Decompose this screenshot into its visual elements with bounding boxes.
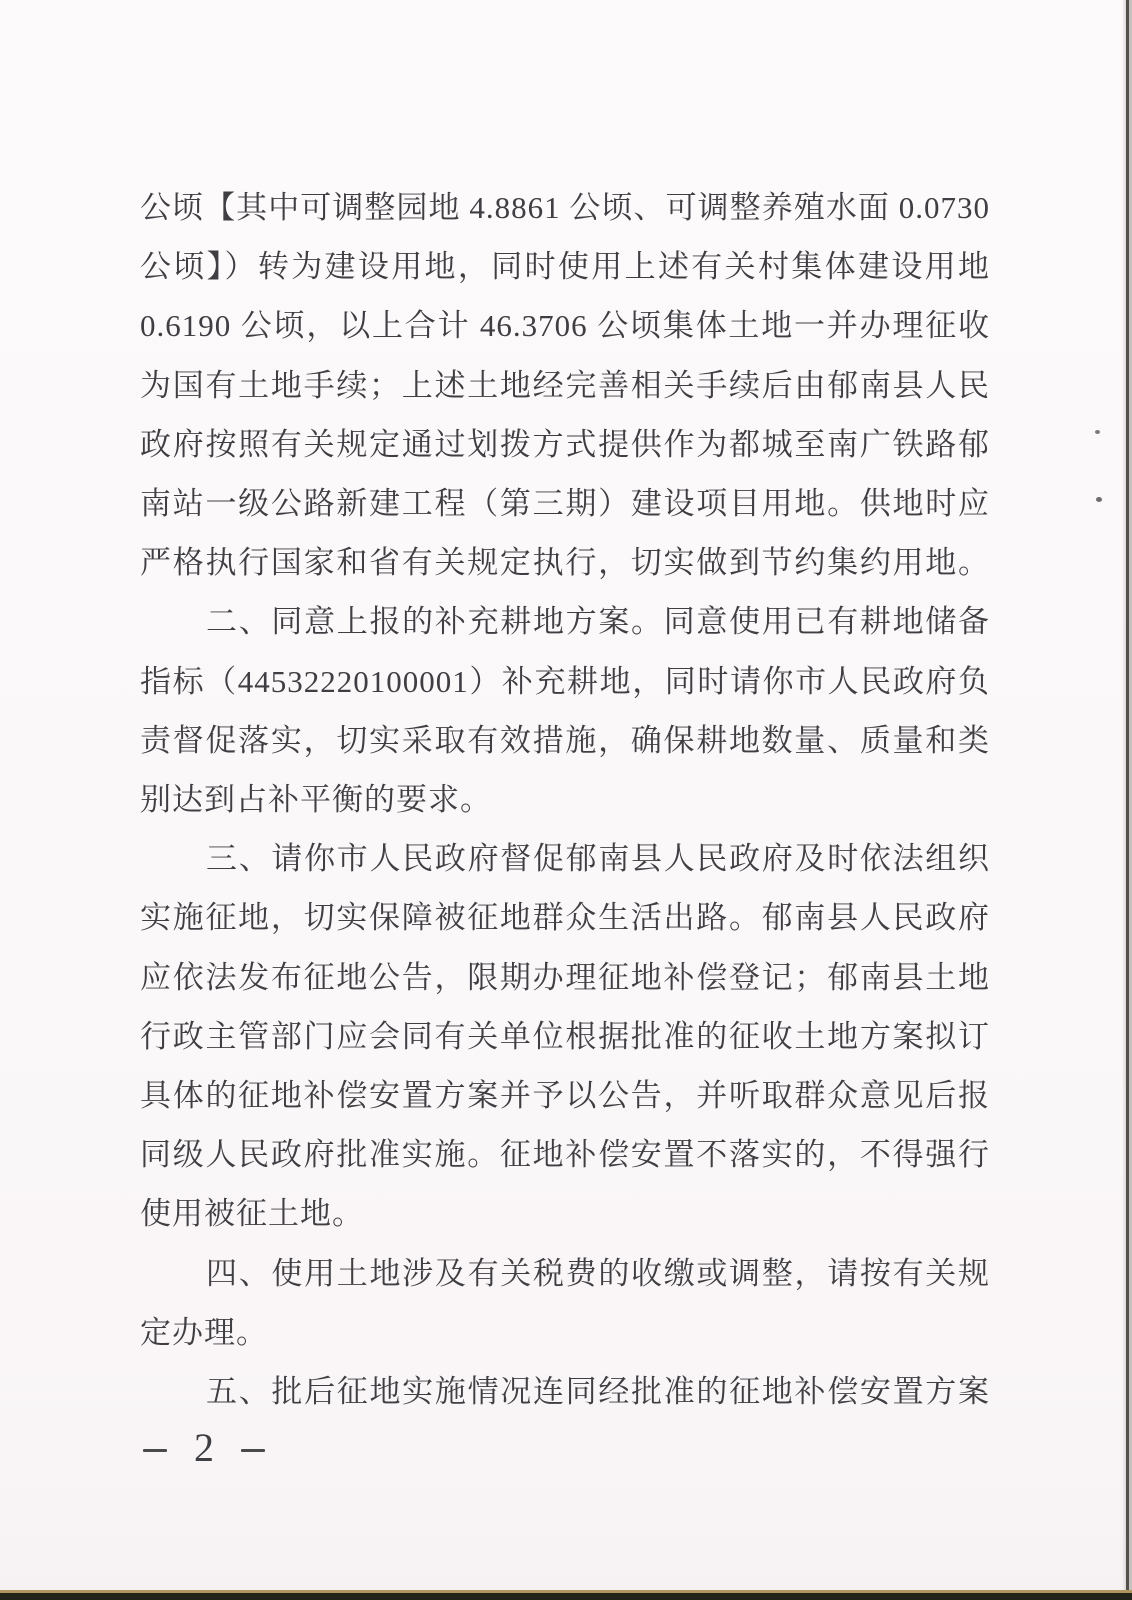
text-line: 具体的征地补偿安置方案并予以公告，并听取群众意见后报 — [140, 1066, 990, 1125]
text-line: 指标（44532220100001）补充耕地，同时请你市人民政府负 — [140, 652, 990, 711]
text-line: 公顷】）转为建设用地，同时使用上述有关村集体建设用地 — [140, 237, 990, 296]
text-line: 为国有土地手续；上述土地经完善相关手续后由郁南县人民 — [140, 356, 990, 415]
page-number: 2 — [194, 1428, 214, 1468]
text-line: 三、请你市人民政府督促郁南县人民政府及时依法组织 — [140, 829, 990, 888]
document-body: 公顷【其中可调整园地 4.8861 公顷、可调整养殖水面 0.0730公顷】）转… — [140, 178, 990, 1421]
scan-speck — [1096, 497, 1102, 502]
text-line: 四、使用土地涉及有关税费的收缴或调整，请按有关规 — [140, 1244, 990, 1303]
text-line: 政府按照有关规定通过划拨方式提供作为都城至南广铁路郁 — [140, 415, 990, 474]
scanned-document-page: 公顷【其中可调整园地 4.8861 公顷、可调整养殖水面 0.0730公顷】）转… — [0, 0, 1132, 1600]
text-line: 五、批后征地实施情况连同经批准的征地补偿安置方案 — [140, 1362, 990, 1421]
text-line: 行政主管部门应会同有关单位根据批准的征收土地方案拟订 — [140, 1007, 990, 1066]
text-line: 南站一级公路新建工程（第三期）建设项目用地。供地时应 — [140, 474, 990, 533]
footer-dash-right-icon — [241, 1449, 265, 1452]
text-line: 同级人民政府批准实施。征地补偿安置不落实的，不得强行 — [140, 1125, 990, 1184]
text-line: 责督促落实，切实采取有效措施，确保耕地数量、质量和类 — [140, 711, 990, 770]
text-line: 使用被征土地。 — [140, 1184, 990, 1243]
text-line: 严格执行国家和省有关规定执行，切实做到节约集约用地。 — [140, 533, 990, 592]
footer-dash-left-icon — [143, 1449, 167, 1452]
page-footer: 2 — [143, 1430, 265, 1470]
text-line: 别达到占补平衡的要求。 — [140, 770, 990, 829]
text-line: 0.6190 公顷，以上合计 46.3706 公顷集体土地一并办理征收 — [140, 296, 990, 355]
text-line: 公顷【其中可调整园地 4.8861 公顷、可调整养殖水面 0.0730 — [140, 178, 990, 237]
scan-edge-bottom-dark-strip — [0, 1593, 1132, 1600]
text-line: 定办理。 — [140, 1303, 990, 1362]
text-line: 实施征地，切实保障被征地群众生活出路。郁南县人民政府 — [140, 888, 990, 947]
text-line: 二、同意上报的补充耕地方案。同意使用已有耕地储备 — [140, 592, 990, 651]
scan-speck — [1095, 430, 1100, 434]
text-line: 应依法发布征地公告，限期办理征地补偿登记；郁南县土地 — [140, 948, 990, 1007]
